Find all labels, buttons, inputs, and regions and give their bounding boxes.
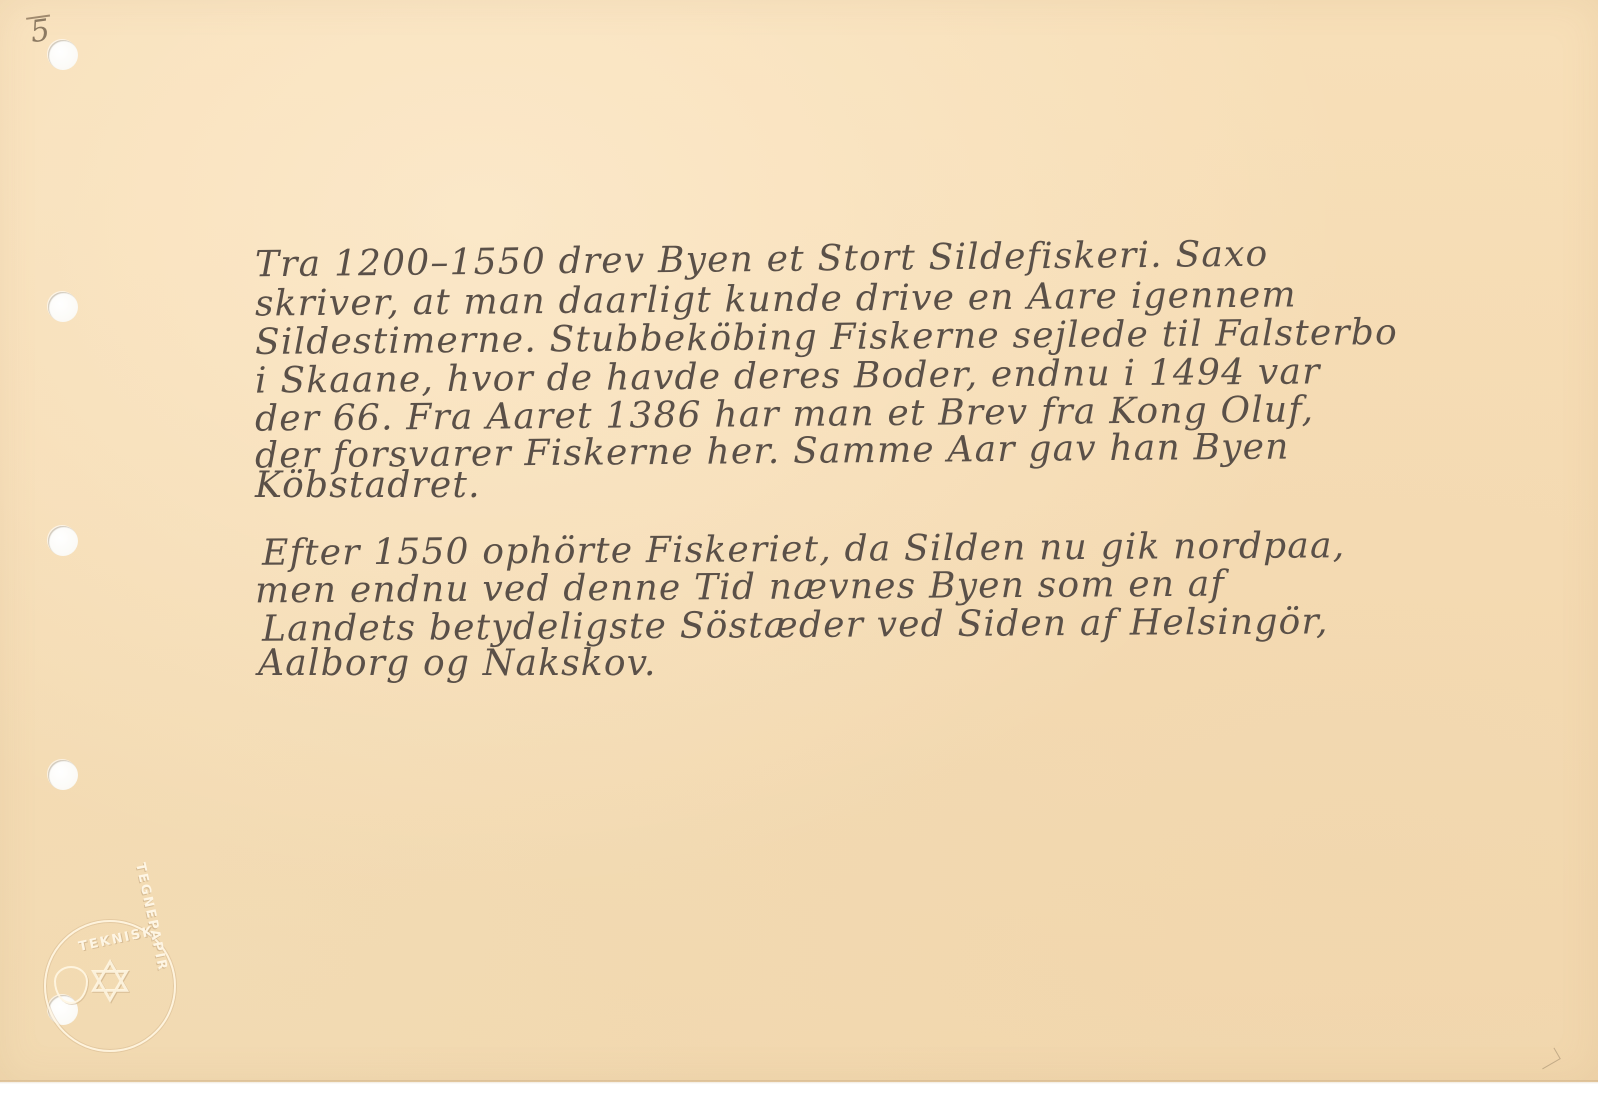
punch-hole [48, 526, 78, 556]
page-edge [0, 1080, 1598, 1084]
punch-hole [48, 40, 78, 70]
paper-sheet: 5 Tra 1200–1550 drev Byen et Stort Silde… [0, 0, 1598, 1082]
pencil-mark [1536, 1048, 1561, 1070]
text-line: Aalborg og Nakskov. [258, 644, 657, 684]
punch-hole [48, 760, 78, 790]
embossed-stamp: ✡ TEKNISK TEGNEPAPIR [44, 920, 176, 1052]
punch-hole [48, 292, 78, 322]
text-line: Köbstadret. [255, 466, 481, 506]
star-emblem-icon: ✡ [80, 952, 140, 1012]
page-number: 5 [26, 14, 54, 47]
